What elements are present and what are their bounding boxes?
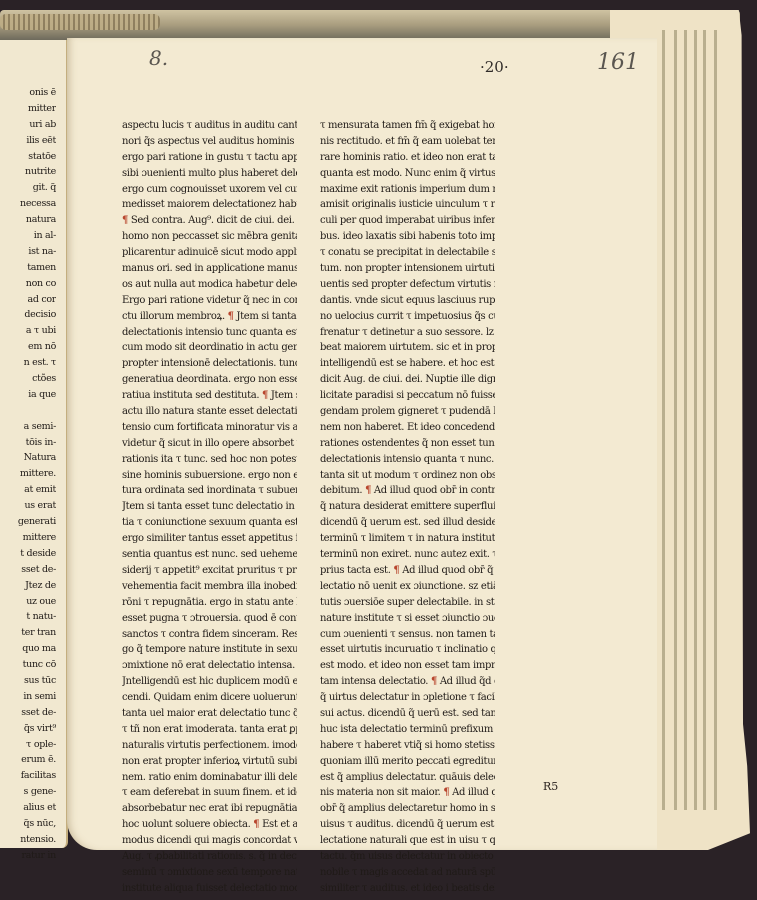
- text-line: licitate paradisi si peccatum nō fuisset…: [320, 388, 495, 404]
- text-line: similiter τ auditus. et ideo i beatis de…: [320, 881, 495, 897]
- quire-number: ·20·: [480, 58, 509, 76]
- text-line: terminū non exiret. nunc autez exit. τ r…: [320, 547, 495, 563]
- paragraph-mark-icon: ¶: [122, 215, 128, 226]
- text-line: vehementia facit membra illa inobedienti…: [122, 579, 297, 595]
- text-line: non co: [0, 276, 56, 292]
- text-line: [0, 403, 56, 419]
- text-line: tamen: [0, 260, 56, 276]
- text-line: in semi: [0, 689, 56, 705]
- text-line: ratiua instituta sed destituta. ¶ Jtem s…: [122, 388, 297, 404]
- text-line: non erat propter inferioꝝ virtutū subiec…: [122, 754, 297, 770]
- text-line: intelligendū est se habere. et hoc est q…: [320, 356, 495, 372]
- text-line: Jtez de: [0, 578, 56, 594]
- text-line: q̃ uirtus delectatur in ɔpletione τ faci…: [320, 690, 495, 706]
- text-line: no uelocius currit τ impetuosius q̃s cum…: [320, 309, 495, 325]
- text-line: quoniam illū merito peccati egreditur. h…: [320, 754, 495, 770]
- text-line: cum modo sit deordinatio in actu generād…: [122, 340, 297, 356]
- text-line: tam intensa delectatio. ¶ Ad illud q̃d o…: [320, 674, 495, 690]
- right-page: 8. ·20· 161 aspectu lucis τ auditus in a…: [67, 38, 657, 850]
- text-line: propter intensionē delectationis. tunc f…: [122, 356, 297, 372]
- text-line: a τ ubi: [0, 323, 56, 339]
- text-line: s gene-: [0, 784, 56, 800]
- text-line: mittere: [0, 530, 56, 546]
- paragraph-mark-icon: ¶: [443, 787, 449, 798]
- text-line: τ mensurata tamen fm̄ q̃ exigebat homi-: [320, 118, 495, 134]
- text-line: frenatur τ detinetur a suo sessore. lz n…: [320, 325, 495, 341]
- page-edge-line: [694, 30, 697, 810]
- text-line: tunc cō: [0, 657, 56, 673]
- text-line: mittere.: [0, 466, 56, 482]
- text-line: maxime exit rationis imperium dum ratio: [320, 182, 495, 198]
- text-line: habere τ haberet vtiq̃ si homo stetisset…: [320, 738, 495, 754]
- text-line: ɔmixtione nō erat delectatio intensa. ¶ …: [122, 658, 297, 674]
- text-line: dicendū q̃ uerum est. sed illud desideri…: [320, 515, 495, 531]
- text-line: a semi-: [0, 419, 56, 435]
- paragraph-mark-icon: ¶: [393, 565, 399, 576]
- text-line: Jntelligendū est hic duplicem modū esse …: [122, 674, 297, 690]
- text-line: lectatio nō uenit ex ɔiunctione. sz etiā…: [320, 579, 495, 595]
- text-line: Natura: [0, 450, 56, 466]
- text-line: facilitas: [0, 768, 56, 784]
- text-line: in al-: [0, 228, 56, 244]
- page-edge-line: [662, 30, 665, 810]
- text-line: ergo pari ratione in gustu τ tactu appos…: [122, 150, 297, 166]
- text-line: ratur in: [0, 848, 56, 864]
- text-line: bus. ideo laxatis sibi habenis toto impe…: [320, 229, 495, 245]
- text-line: sine hominis subuersione. ergo non essz …: [122, 468, 297, 484]
- text-line: dicit Aug. de ciui. dei. Nuptie ille dig…: [320, 372, 495, 388]
- text-line: sibi ɔuenienti multo plus haberet delect…: [122, 166, 297, 182]
- text-line: naturalis virtutis perfectionem. imodera…: [122, 738, 297, 754]
- text-line: erum ē.: [0, 752, 56, 768]
- text-line: ergo cum cognouisset uxorem vel cum co-: [122, 182, 297, 198]
- text-column-left: aspectu lucis τ auditus in auditu cantus…: [122, 118, 297, 897]
- text-line: ilis eēt: [0, 133, 56, 149]
- text-line: seminū τ ɔmixtione sexū tempore nature: [122, 865, 297, 881]
- text-line: quo ma: [0, 641, 56, 657]
- text-line: tanta sit ut modum τ ordinez non obserue…: [320, 468, 495, 484]
- text-line: sui actus. dicendū q̃ uerū est. sed tame…: [320, 706, 495, 722]
- text-line: q̃s nūc,: [0, 816, 56, 832]
- text-line: huc ista delectatio terminū prefixum deb…: [320, 722, 495, 738]
- text-line: nobile τ magis accedat ad naturā spūalem…: [320, 865, 495, 881]
- text-line: institute aliqua fuisset delectatio mode…: [122, 881, 297, 897]
- text-line: quanta est modo. Nunc enim q̃ virtus ill…: [320, 166, 495, 182]
- text-line: mitter: [0, 101, 56, 117]
- text-line: alius et: [0, 800, 56, 816]
- text-line: git. q̃: [0, 180, 56, 196]
- text-line: Aug. τ ꝓbabilitati rationis. s. q̃ in de…: [122, 849, 297, 865]
- text-line: rare hominis ratio. et ideo non erat tan…: [320, 150, 495, 166]
- text-line: Ergo pari ratione videtur q̃ nec in cont…: [122, 293, 297, 309]
- text-line: lectatione naturali que est in uisu τ qu…: [320, 833, 495, 849]
- text-line: ctões: [0, 371, 56, 387]
- text-line: cum ɔuenienti τ sensus. non tamen tanta: [320, 627, 495, 643]
- page-edge-line: [674, 30, 677, 810]
- paragraph-mark-icon: ¶: [253, 819, 259, 830]
- binding-cord: [0, 14, 160, 30]
- text-line: τ conatu se precipitat in delectabile si…: [320, 245, 495, 261]
- text-line: nis materia non sit maior. ¶ Ad illud qu…: [320, 785, 495, 801]
- text-line: absorbebatur nec erat ibi repugnātia. Et…: [122, 801, 297, 817]
- text-line: sentia quantus est nunc. sed uehementia …: [122, 547, 297, 563]
- text-line: tia τ coniunctione sexuum quanta est nun…: [122, 515, 297, 531]
- paragraph-mark-icon: ¶: [262, 390, 268, 401]
- text-line: amisit originalis iusticie uinculum τ re…: [320, 197, 495, 213]
- page-edge-line: [714, 30, 717, 810]
- text-line: ¶ Sed contra. Aug⁹. dicit de ciui. dei. …: [122, 213, 297, 229]
- text-line: nori q̃s aspectus vel auditus hominis la…: [122, 134, 297, 150]
- text-column-right: τ mensurata tamen fm̄ q̃ exigebat homi-n…: [320, 118, 495, 897]
- text-line: rationes ostendentes q̃ non esset tunc t…: [320, 436, 495, 452]
- text-line: rationis ita τ tunc. sed hoc non potest …: [122, 452, 297, 468]
- text-line: t deside: [0, 546, 56, 562]
- paragraph-mark-icon: ¶: [431, 676, 437, 687]
- text-line: τ ople-: [0, 737, 56, 753]
- text-line: τ eam deferebat in suum finem. et ideo n…: [122, 785, 297, 801]
- text-line: at emit: [0, 482, 56, 498]
- text-line: cendi. Quidam enim dicere uoluerunt q̃: [122, 690, 297, 706]
- text-line: uz oue: [0, 594, 56, 610]
- text-line: hoc uolunt soluere obiecta. ¶ Est et ali…: [122, 817, 297, 833]
- pencil-mark-8: 8.: [149, 46, 168, 70]
- text-line: decisio: [0, 307, 56, 323]
- text-line: onis ē: [0, 85, 56, 101]
- text-line: ad cor: [0, 292, 56, 308]
- text-line: tutis ɔuersiōe super delectabile. in sta…: [320, 595, 495, 611]
- page-edge-line: [684, 30, 687, 810]
- text-line: plicarentur adinuicē sicut modo applicat…: [122, 245, 297, 261]
- text-line: n est. τ: [0, 355, 56, 371]
- signature-mark: R5: [543, 780, 558, 793]
- text-line: tura ordinata sed inordinata τ subuersa.: [122, 483, 297, 499]
- text-line: ntensio.: [0, 832, 56, 848]
- text-line: sset de-: [0, 705, 56, 721]
- text-line: esset uirtutis incuruatio τ inclinatio q…: [320, 642, 495, 658]
- left-page-text-fragment: onis ēmitteruri abilis eētstatōenutriteg…: [0, 85, 56, 864]
- text-line: siderij τ appetit⁹ excitat pruritus τ pr…: [122, 563, 297, 579]
- text-line: ergo similiter tantus esset appetitus in…: [122, 531, 297, 547]
- text-line: gendam prolem gigneret τ pudendā libidi-: [320, 404, 495, 420]
- text-line: nutrite: [0, 164, 56, 180]
- text-line: debitum. ¶ Ad illud quod obr̄ in contrar…: [320, 483, 495, 499]
- text-line: uisus τ auditus. dicendū q̃ uerum est de…: [320, 817, 495, 833]
- text-line: est q̃ amplius delectatur. quāuis delect…: [320, 770, 495, 786]
- text-line: tanta uel maior erat delectatio tunc q̃s…: [122, 706, 297, 722]
- text-line: generati: [0, 514, 56, 530]
- text-line: sus tūc: [0, 673, 56, 689]
- text-line: ter tran: [0, 625, 56, 641]
- text-line: est modo. et ideo non esset tam improba …: [320, 658, 495, 674]
- text-line: nis rectitudo. et fm̄ q̃ eam uolebat tem…: [320, 134, 495, 150]
- text-line: uentis sed propter defectum virtutis ret…: [320, 277, 495, 293]
- text-line: sanctos τ contra fidem sinceram. Restat …: [122, 627, 297, 643]
- text-line: ia que: [0, 387, 56, 403]
- page-edge-line: [703, 30, 706, 810]
- text-line: em nō: [0, 339, 56, 355]
- text-line: natura: [0, 212, 56, 228]
- text-line: q̃s virt⁹: [0, 721, 56, 737]
- text-line: medisset maiorem delectationez habuisset…: [122, 197, 297, 213]
- text-line: manus ori. sed in applicatione manus ad: [122, 261, 297, 277]
- text-line: tum. non propter intensionem uirtutis mo…: [320, 261, 495, 277]
- text-line: τ tñ non erat imoderata. tanta erat ꝑpte…: [122, 722, 297, 738]
- folio-number: 161: [597, 50, 639, 75]
- text-line: homo non peccasset sic mēbra genitalia a…: [122, 229, 297, 245]
- text-line: dantis. vnde sicut equus lasciuus rupto …: [320, 293, 495, 309]
- text-line: aspectu lucis τ auditus in auditu cantus…: [122, 118, 297, 134]
- text-line: tōis in-: [0, 435, 56, 451]
- text-line: actu illo natura stante esset delectatio…: [122, 404, 297, 420]
- text-line: delectationis intensio quanta τ nunc. q̃…: [320, 452, 495, 468]
- text-line: tensio cum fortificata minoratur vis alt…: [122, 420, 297, 436]
- text-line: delectationis intensio tunc quanta est n…: [122, 325, 297, 341]
- text-line: obr̄ q̃ amplius delectaretur homo in sen…: [320, 801, 495, 817]
- text-line: ist na-: [0, 244, 56, 260]
- text-line: go q̃ tempore nature institute in sexuum: [122, 642, 297, 658]
- text-line: culi per quod imperabat uiribus inferior…: [320, 213, 495, 229]
- paragraph-mark-icon: ¶: [228, 311, 234, 322]
- text-line: videtur q̃ sicut in illo opere absorbet …: [122, 436, 297, 452]
- text-line: statōe: [0, 149, 56, 165]
- text-line: generatiua deordinata. ergo non esset ge…: [122, 372, 297, 388]
- text-line: modus dicendi qui magis concordat verbis: [122, 833, 297, 849]
- text-line: uri ab: [0, 117, 56, 133]
- text-line: beat maiorem uirtutem. sic et in proposi…: [320, 340, 495, 356]
- text-line: us erat: [0, 498, 56, 514]
- text-line: ctu illorum membroꝝ. ¶ Jtem si tanta eēt: [122, 309, 297, 325]
- text-line: os aut nulla aut modica habetur delectat…: [122, 277, 297, 293]
- text-line: rōni τ repugnātia. ergo in statu ante la…: [122, 595, 297, 611]
- text-line: q̃ natura desiderat emittere superfluita…: [320, 499, 495, 515]
- text-line: nem. ratio enim dominabatur illi delecta…: [122, 770, 297, 786]
- text-line: necessa: [0, 196, 56, 212]
- text-line: esset pugna τ ɔtrouersia. quod ē contra …: [122, 611, 297, 627]
- text-line: terminū τ limitem τ in natura instituta …: [320, 531, 495, 547]
- text-line: sset de-: [0, 562, 56, 578]
- text-line: Jtem si tanta esset tunc delectatio in p…: [122, 499, 297, 515]
- text-line: prius tacta est. ¶ Ad illud quod obr̄ q̃…: [320, 563, 495, 579]
- text-line: tactu. q̃m uisus delectatur in obiecto q…: [320, 849, 495, 865]
- paragraph-mark-icon: ¶: [365, 485, 371, 496]
- text-line: nem non haberet. Et ideo concedende sunt: [320, 420, 495, 436]
- text-line: nature institute τ si esset ɔiunctio ɔue…: [320, 611, 495, 627]
- text-line: t natu-: [0, 609, 56, 625]
